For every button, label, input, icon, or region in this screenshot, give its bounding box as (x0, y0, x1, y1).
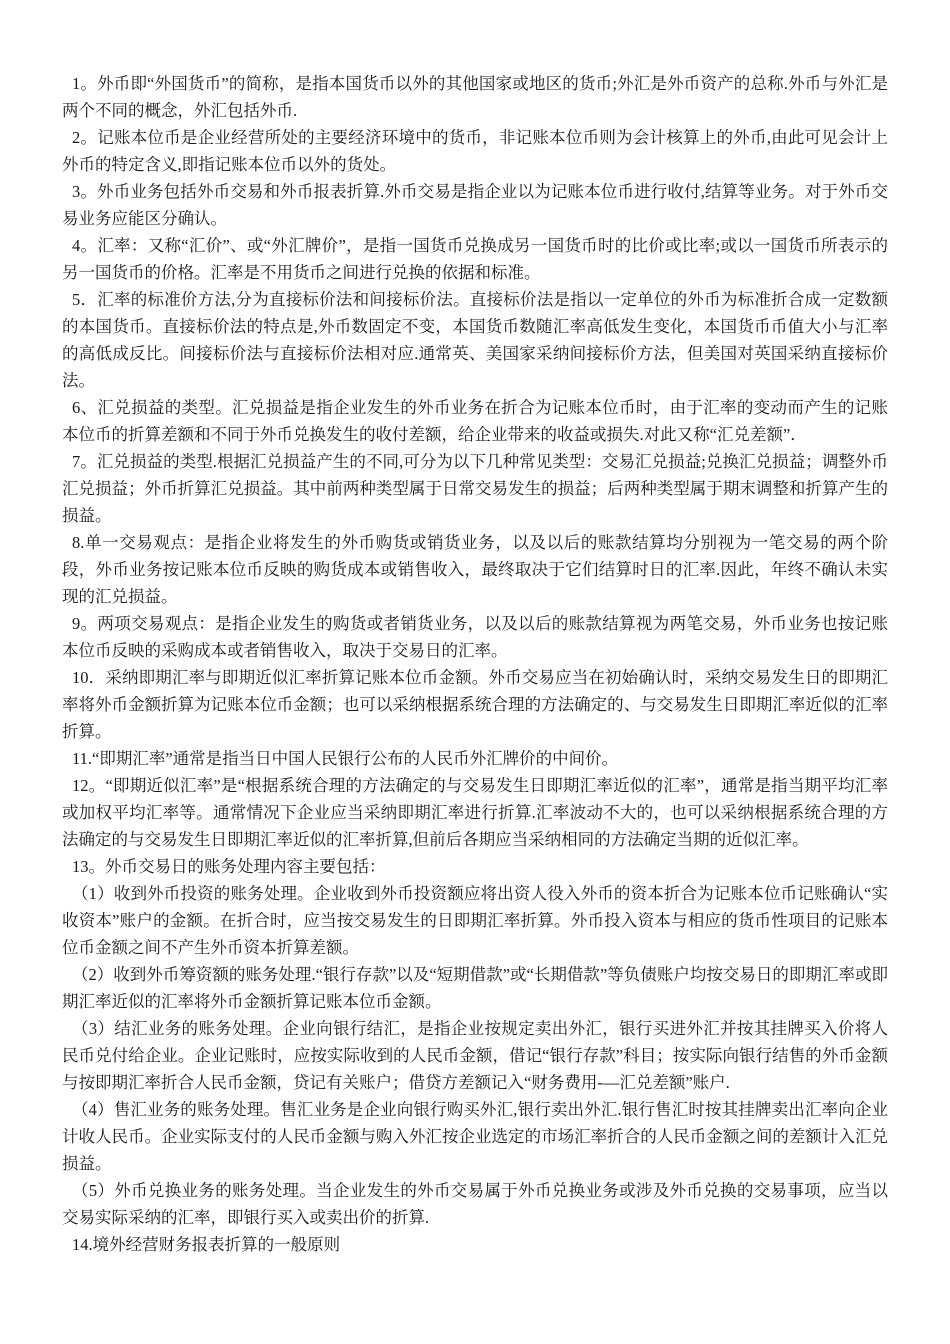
paragraph-9: 9。两项交易观点：是指企业发生的购货或者销货业务，以及以后的账款结算视为两笔交易… (62, 610, 888, 664)
paragraph-8: 8.单一交易观点：是指企业将发生的外币购货或销货业务，以及以后的账款结算均分别视… (62, 529, 888, 610)
paragraph-2: 2。记账本位币是企业经营所处的主要经济环境中的货币，非记账本位币则为会计核算上的… (62, 124, 888, 178)
document-page: 1。外币即“外国货币”的简称，是指本国货币以外的其他国家或地区的货币;外汇是外币… (0, 0, 950, 1344)
paragraph-11: 11.“即期汇率”通常是指当日中国人民银行公布的人民币外汇牌价的中间价。 (62, 745, 888, 772)
paragraph-1: 1。外币即“外国货币”的简称，是指本国货币以外的其他国家或地区的货币;外汇是外币… (62, 70, 888, 124)
paragraph-6: 6、汇兑损益的类型。汇兑损益是指企业发生的外币业务在折合为记账本位币时，由于汇率… (62, 394, 888, 448)
paragraph-13-3: （3）结汇业务的账务处理。企业向银行结汇，是指企业按规定卖出外汇，银行买进外汇并… (62, 1015, 888, 1096)
paragraph-14: 14.境外经营财务报表折算的一般原则 (62, 1231, 888, 1258)
document-body: 1。外币即“外国货币”的简称，是指本国货币以外的其他国家或地区的货币;外汇是外币… (62, 70, 888, 1258)
paragraph-13-2: （2）收到外币筹资额的账务处理.“银行存款”以及“短期借款”或“长期借款”等负债… (62, 961, 888, 1015)
paragraph-13: 13。外币交易日的账务处理内容主要包括： (62, 853, 888, 880)
paragraph-5: 5．汇率的标准价方法,分为直接标价法和间接标价法。直接标价法是指以一定单位的外币… (62, 286, 888, 394)
paragraph-12: 12。“即期近似汇率”是“根据系统合理的方法确定的与交易发生日即期汇率近似的汇率… (62, 772, 888, 853)
paragraph-13-1: （1）收到外币投资的账务处理。企业收到外币投资额应将出资人役入外币的资本折合为记… (62, 880, 888, 961)
paragraph-13-5: （5）外币兑换业务的账务处理。当企业发生的外币交易属于外币兑换业务或涉及外币兑换… (62, 1177, 888, 1231)
paragraph-13-4: （4）售汇业务的账务处理。售汇业务是企业向银行购买外汇,银行卖出外汇.银行售汇时… (62, 1096, 888, 1177)
paragraph-10: 10．采纳即期汇率与即期近似汇率折算记账本位币金额。外币交易应当在初始确认时，采… (62, 664, 888, 745)
paragraph-4: 4。汇率：又称“汇价”、或“外汇牌价”，是指一国货币兑换成另一国货币时的比价或比… (62, 232, 888, 286)
paragraph-3: 3。外币业务包括外币交易和外币报表折算.外币交易是指企业以为记账本位币进行收付,… (62, 178, 888, 232)
paragraph-7: 7。汇兑损益的类型.根据汇兑损益产生的不同,可分为以下几种常见类型：交易汇兑损益… (62, 448, 888, 529)
